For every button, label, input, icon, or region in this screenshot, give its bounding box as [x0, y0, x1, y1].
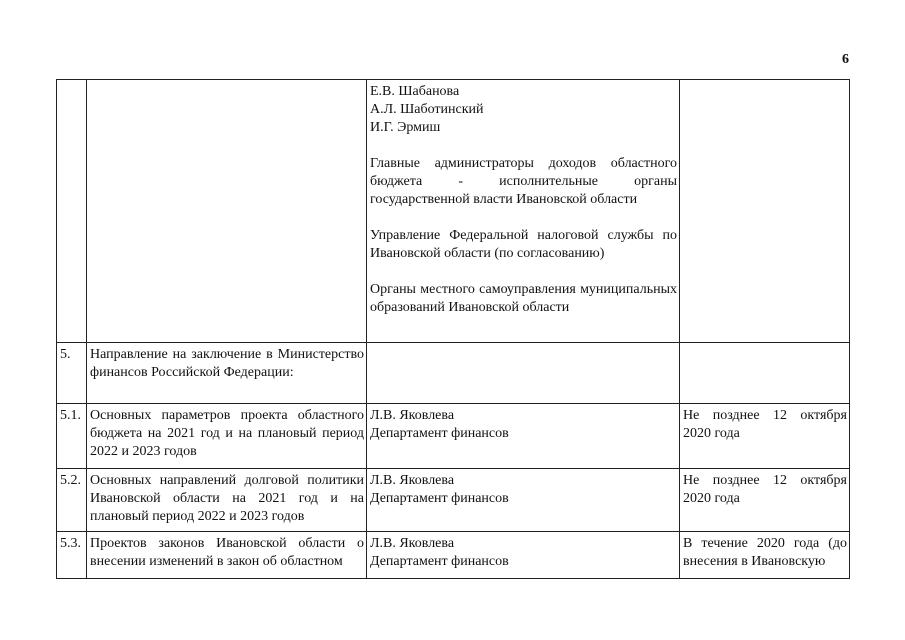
task-title-cell: Проектов законов Ивановской области о вн…: [87, 532, 367, 579]
row-number-cell: 5.1.: [57, 404, 87, 469]
task-title-cell: Направление на заключение в Министерство…: [87, 343, 367, 404]
plan-table: Е.В. Шабанова А.Л. Шаботинский И.Г. Эрми…: [56, 79, 850, 579]
task-title-cell: Основных параметров проекта областного б…: [87, 404, 367, 469]
responsible-org: Управление Федеральной налоговой службы …: [370, 227, 677, 263]
row-number-cell: 5.: [57, 343, 87, 404]
responsible-dept: Департамент финансов: [370, 553, 677, 571]
responsible-person: Л.В. Яковлева: [370, 535, 677, 553]
responsible-person: Л.В. Яковлева: [370, 407, 677, 425]
responsible-cell: Л.В. Яковлева Департамент финансов: [367, 404, 680, 469]
row-number-cell: [57, 80, 87, 343]
deadline-cell: [680, 80, 850, 343]
deadline-cell: В течение 2020 года (до внесения в Ивано…: [680, 532, 850, 579]
responsible-dept: Департамент финансов: [370, 490, 677, 508]
table-row: 5.2. Основных направлений долговой полит…: [57, 469, 850, 532]
responsible-person: Е.В. Шабанова: [370, 83, 677, 101]
row-number-cell: 5.2.: [57, 469, 87, 532]
task-title-cell: [87, 80, 367, 343]
row-number-cell: 5.3.: [57, 532, 87, 579]
responsible-cell: Л.В. Яковлева Департамент финансов: [367, 532, 680, 579]
table-row: Е.В. Шабанова А.Л. Шаботинский И.Г. Эрми…: [57, 80, 850, 343]
responsible-person: А.Л. Шаботинский: [370, 101, 677, 119]
responsible-org: Главные администраторы доходов областног…: [370, 155, 677, 209]
responsible-person: И.Г. Эрмиш: [370, 119, 677, 137]
responsible-org: Органы местного самоуправления муниципал…: [370, 281, 677, 317]
responsible-dept: Департамент финансов: [370, 425, 677, 443]
task-title-cell: Основных направлений долговой политики И…: [87, 469, 367, 532]
table-row: 5.1. Основных параметров проекта областн…: [57, 404, 850, 469]
responsible-cell: Л.В. Яковлева Департамент финансов: [367, 469, 680, 532]
deadline-cell: [680, 343, 850, 404]
table-row: 5.3. Проектов законов Ивановской области…: [57, 532, 850, 579]
responsible-cell: Е.В. Шабанова А.Л. Шаботинский И.Г. Эрми…: [367, 80, 680, 343]
table-row: 5. Направление на заключение в Министерс…: [57, 343, 850, 404]
deadline-cell: Не позднее 12 октября 2020 года: [680, 404, 850, 469]
responsible-cell: [367, 343, 680, 404]
responsible-person: Л.В. Яковлева: [370, 472, 677, 490]
deadline-cell: Не позднее 12 октября 2020 года: [680, 469, 850, 532]
page-number: 6: [842, 52, 849, 68]
